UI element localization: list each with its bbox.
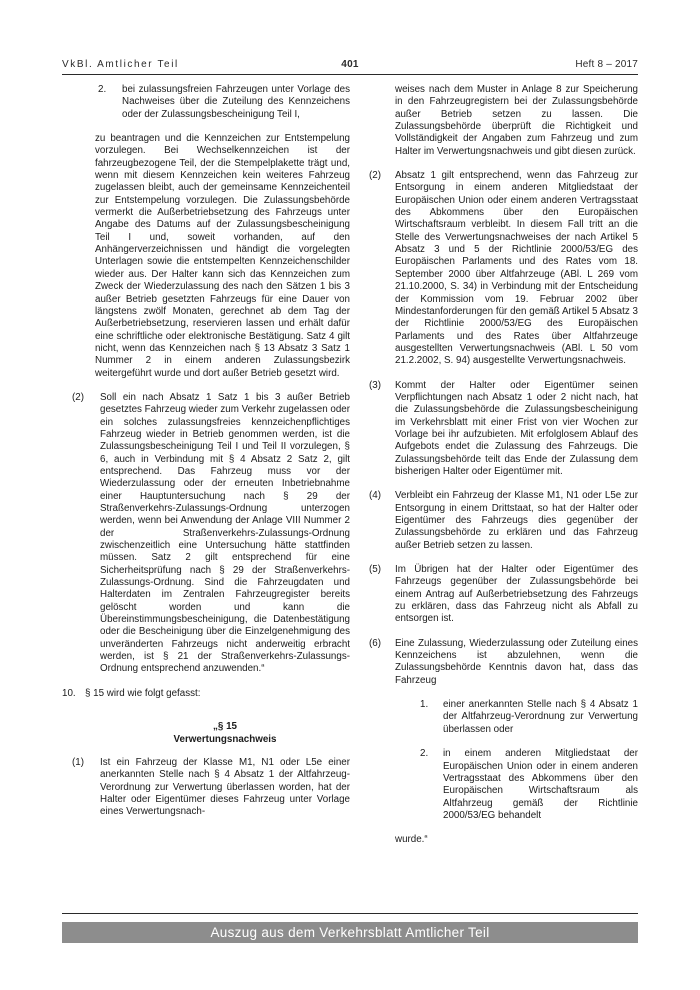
- item-text: Absatz 1 gilt entsprechend, wenn das Fah…: [395, 170, 638, 366]
- list-item: (2) Absatz 1 gilt entsprechend, wenn das…: [362, 170, 638, 368]
- item-text: Ist ein Fahrzeug der Klasse M1, N1 oder …: [100, 757, 350, 817]
- header-journal-title: VkBl. Amtlicher Teil: [62, 59, 341, 70]
- item-text: in einem anderen Mitgliedstaat der Europ…: [443, 748, 638, 821]
- item-marker: 1.: [420, 699, 428, 711]
- right-column: weises nach dem Muster in Anlage 8 zur S…: [362, 84, 638, 859]
- list-item: 2. in einem anderen Mitgliedstaat der Eu…: [362, 748, 638, 822]
- section-number: „§ 15: [100, 721, 350, 733]
- page-header: VkBl. Amtlicher Teil 401 Heft 8 – 2017: [62, 59, 638, 70]
- item-marker: (3): [369, 380, 381, 392]
- item-text: bei zulassungsfreien Fahrzeugen unter Vo…: [122, 84, 350, 120]
- footer-banner: Auszug aus dem Verkehrsblatt Amtlicher T…: [62, 922, 638, 943]
- item-marker: 2.: [420, 748, 428, 760]
- list-item: (2) Soll ein nach Absatz 1 Satz 1 bis 3 …: [62, 392, 350, 676]
- item-marker: (5): [369, 564, 381, 576]
- left-column: 2. bei zulassungsfreien Fahrzeugen unter…: [62, 84, 350, 859]
- list-item: (5) Im Übrigen hat der Halter oder Eigen…: [362, 564, 638, 626]
- item-text: § 15 wird wie folgt gefasst:: [85, 688, 200, 699]
- header-issue-label: Heft 8 – 2017: [359, 59, 638, 70]
- paragraph: zu beantragen und die Kennzeichen zur En…: [95, 133, 350, 380]
- footer-divider: [62, 913, 638, 914]
- item-marker: (6): [369, 638, 381, 650]
- list-item: 1. einer anerkannten Stelle nach § 4 Abs…: [362, 699, 638, 736]
- list-item: (4) Verbleibt ein Fahrzeug der Klasse M1…: [362, 490, 638, 552]
- item-text: Eine Zulassung, Wiederzulassung oder Zut…: [395, 638, 638, 686]
- list-item: 2. bei zulassungsfreien Fahrzeugen unter…: [62, 84, 350, 121]
- header-divider: [62, 74, 638, 75]
- item-text: einer anerkannten Stelle nach § 4 Absatz…: [443, 699, 638, 735]
- item-text: Kommt der Halter oder Eigentümer seinen …: [395, 380, 638, 477]
- item-marker: 10.: [62, 688, 76, 700]
- item-text: Im Übrigen hat der Halter oder Eigentüme…: [395, 564, 638, 624]
- item-marker: (1): [72, 757, 84, 769]
- paragraph-continuation: weises nach dem Muster in Anlage 8 zur S…: [395, 84, 638, 158]
- item-marker: (2): [369, 170, 381, 182]
- item-marker: (4): [369, 490, 381, 502]
- list-item: (6) Eine Zulassung, Wiederzulassung oder…: [362, 638, 638, 687]
- list-item: (3) Kommt der Halter oder Eigentümer sei…: [362, 380, 638, 479]
- gazette-page: VkBl. Amtlicher Teil 401 Heft 8 – 2017 2…: [0, 0, 700, 990]
- item-text: Verbleibt ein Fahrzeug der Klasse M1, N1…: [395, 490, 638, 550]
- item-marker: (2): [72, 392, 84, 404]
- section-title: Verwertungsnachweis: [100, 734, 350, 746]
- section-heading: „§ 15 Verwertungsnachweis: [100, 721, 350, 746]
- item-marker: 2.: [98, 84, 106, 96]
- text-columns: 2. bei zulassungsfreien Fahrzeugen unter…: [62, 84, 638, 859]
- list-item: (1) Ist ein Fahrzeug der Klasse M1, N1 o…: [62, 757, 350, 819]
- item-text: Soll ein nach Absatz 1 Satz 1 bis 3 auße…: [100, 392, 350, 675]
- list-item: 10. § 15 wird wie folgt gefasst:: [62, 688, 350, 700]
- closing-word: wurde.“: [395, 834, 638, 846]
- header-page-number: 401: [341, 59, 359, 70]
